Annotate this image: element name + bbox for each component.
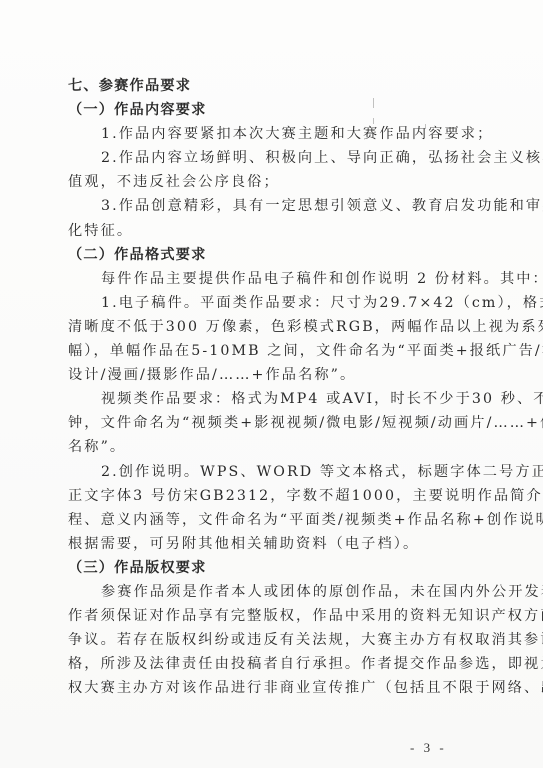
paragraph-line: 清晰度不低于300 万像素，色彩模式RGB，两幅作品以上视为系列（2-3 [68, 315, 468, 339]
paragraph-line: 名称”。 [68, 435, 468, 459]
paragraph-line: 2.创作说明。WPS、WORD 等文本格式，标题字体二号方正小标宋， [68, 460, 468, 484]
paragraph-line: 视频类作品要求：格式为MP4 或AVI，时长不少于30 秒、不超过8 分 [68, 387, 468, 411]
page-number: - 3 - [410, 740, 447, 756]
paragraph-line: 1.作品内容要紧扣本次大赛主题和大赛作品内容要求； [68, 122, 468, 146]
paragraph-line: 作者须保证对作品享有完整版权，作品中采用的资料无知识产权方面的 [68, 604, 468, 628]
paragraph-line: 幅），单幅作品在5-10MB 之间，文件命名为“平面类+报纸广告/海报 [68, 339, 468, 363]
paragraph-line: 2.作品内容立场鲜明、积极向上、导向正确，弘扬社会主义核心价 [68, 146, 468, 170]
section-title: 七、参赛作品要求 [68, 74, 468, 98]
paragraph-line: 权大赛主办方对该作品进行非商业宣传推广（包括且不限于网络、出版 [68, 676, 468, 700]
subsection-heading-format: （二）作品格式要求 [68, 243, 468, 267]
paragraph-line: 参赛作品须是作者本人或团体的原创作品，未在国内外公开发表过。 [68, 580, 468, 604]
paragraph-line: 钟，文件命名为“视频类+影视视频/微电影/短视频/动画片/……+作品 [68, 411, 468, 435]
subsection-heading-copyright: （三）作品版权要求 [68, 556, 468, 580]
paragraph-line: 1.电子稿件。平面类作品要求：尺寸为29.7×42（cm），格式JPG， [68, 291, 468, 315]
paragraph-line: 正文字体3 号仿宋GB2312，字数不超1000，主要说明作品简介、创作过 [68, 484, 468, 508]
paragraph-line: 化特征。 [68, 219, 468, 243]
paragraph-line: 根据需要，可另附其他相关辅助资料（电子档）。 [68, 532, 468, 556]
paragraph-line: 程、意义内涵等，文件命名为“平面类/视频类+作品名称+创作说明”。 [68, 508, 468, 532]
document-body: 七、参赛作品要求 （一）作品内容要求 1.作品内容要紧扣本次大赛主题和大赛作品内… [68, 74, 468, 700]
paragraph-line: 值观，不违反社会公序良俗； [68, 170, 468, 194]
paragraph-line: 3.作品创意精彩，具有一定思想引领意义、教育启发功能和审美文 [68, 194, 468, 218]
paragraph-line: 设计/漫画/摄影作品/……+作品名称”。 [68, 363, 468, 387]
subsection-heading-content: （一）作品内容要求 [68, 98, 468, 122]
paragraph-line: 每件作品主要提供作品电子稿件和创作说明 2 份材料。其中： [68, 267, 468, 291]
document-page: 七、参赛作品要求 （一）作品内容要求 1.作品内容要紧扣本次大赛主题和大赛作品内… [0, 0, 543, 768]
paragraph-line: 格，所涉及法律责任由投稿者自行承担。作者提交作品参选，即视为授 [68, 652, 468, 676]
paragraph-line: 争议。若存在版权纠纷或违反有关法规，大赛主办方有权取消其参评资 [68, 628, 468, 652]
